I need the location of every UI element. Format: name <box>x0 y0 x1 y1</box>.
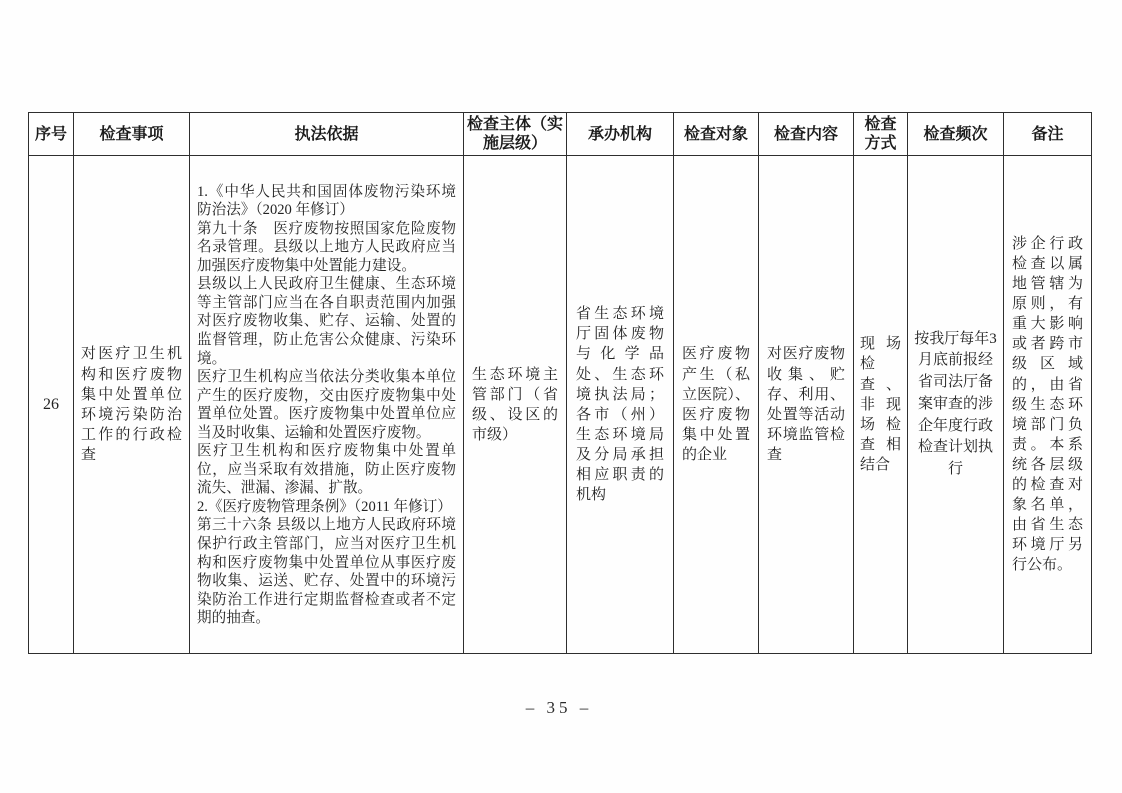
header-subject: 检查主体（实施层级） <box>464 113 567 156</box>
document-page: 序号 检查事项 执法依据 检查主体（实施层级） 承办机构 检查对象 检查内容 检… <box>0 0 1122 793</box>
legal-basis-paragraph: 1.《中华人民共和国固体废物污染环境防治法》（2020 年修订） <box>197 183 456 220</box>
cell-inspection-item: 对医疗卫生机构和医疗废物集中处置单位环境污染防治工作的行政检查 <box>74 156 190 654</box>
legal-basis-paragraph: 2.《医疗废物管理条例》（2011 年修订） <box>197 498 456 517</box>
legal-basis-paragraph: 第三十六条 县级以上地方人民政府环境保护行政主管部门，应当对医疗卫生机构和医疗废… <box>197 516 456 627</box>
header-method: 检查方式 <box>854 113 908 156</box>
cell-inspection-target: 医疗废物产生（私立医院）、医疗废物集中处置的企业 <box>674 156 759 654</box>
cell-remarks: 涉企行政检查以属地管辖为原则，有重大影响或者跨市级区域的，由省级生态环境部门负责… <box>1004 156 1092 654</box>
header-target: 检查对象 <box>674 113 759 156</box>
header-frequency: 检查频次 <box>908 113 1004 156</box>
cell-inspection-frequency: 按我厅每年3月底前报经省司法厅备案审查的涉企年度行政检查计划执行 <box>908 156 1004 654</box>
cell-legal-basis: 1.《中华人民共和国固体废物污染环境防治法》（2020 年修订） 第九十条 医疗… <box>190 156 464 654</box>
cell-index: 26 <box>29 156 74 654</box>
header-basis: 执法依据 <box>190 113 464 156</box>
table-row: 26 对医疗卫生机构和医疗废物集中处置单位环境污染防治工作的行政检查 1.《中华… <box>29 156 1092 654</box>
legal-basis-paragraph: 医疗卫生机构应当依法分类收集本单位产生的医疗废物，交由医疗废物集中处置单位处置。… <box>197 368 456 442</box>
cell-inspection-content: 对医疗废物收集、贮存、利用、处置等活动环境监管检查 <box>759 156 854 654</box>
header-agency: 承办机构 <box>567 113 674 156</box>
legal-basis-paragraph: 医疗卫生机构和医疗废物集中处置单位，应当采取有效措施，防止医疗废物流失、泄漏、渗… <box>197 442 456 498</box>
header-content: 检查内容 <box>759 113 854 156</box>
header-note: 备注 <box>1004 113 1092 156</box>
page-number: – 35 – <box>0 698 1118 718</box>
cell-inspection-method: 现场检查、非现场检查相结合 <box>854 156 908 654</box>
cell-undertaking-agency: 省生态环境厅固体废物与化学品处、生态环境执法局；各市（州）生态环境局及分局承担相… <box>567 156 674 654</box>
header-item: 检查事项 <box>74 113 190 156</box>
table-header-row: 序号 检查事项 执法依据 检查主体（实施层级） 承办机构 检查对象 检查内容 检… <box>29 113 1092 156</box>
cell-inspection-subject: 生态环境主管部门（省级、设区的市级） <box>464 156 567 654</box>
inspection-table: 序号 检查事项 执法依据 检查主体（实施层级） 承办机构 检查对象 检查内容 检… <box>28 112 1092 654</box>
header-index: 序号 <box>29 113 74 156</box>
legal-basis-paragraph: 县级以上人民政府卫生健康、生态环境等主管部门应当在各自职责范围内加强对医疗废物收… <box>197 275 456 368</box>
legal-basis-paragraph: 第九十条 医疗废物按照国家危险废物名录管理。县级以上地方人民政府应当加强医疗废物… <box>197 220 456 276</box>
